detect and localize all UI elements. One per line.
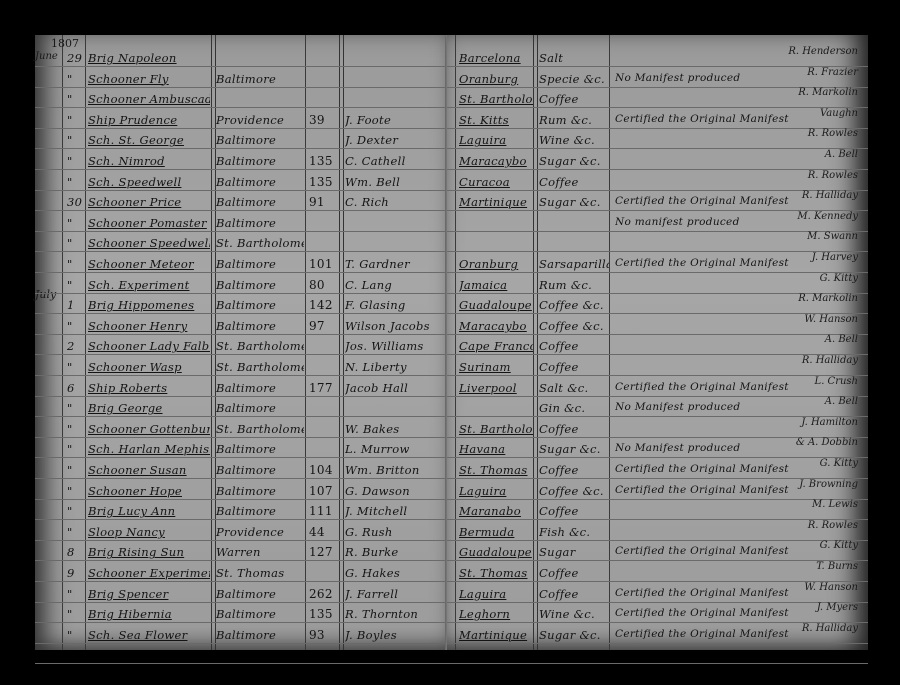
port-cell: Baltimore xyxy=(216,442,304,456)
from-port-cell: St. Bartholomew xyxy=(459,422,533,436)
from-port-cell: St. Thomas xyxy=(459,566,533,580)
master-cell: G. Dawson xyxy=(345,484,445,498)
port-cell: Providence xyxy=(216,525,304,539)
vessel-cell: Schooner Hope xyxy=(88,484,210,498)
remarks-cell: No Manifest produced xyxy=(615,442,795,454)
signature-cell: M. Swann xyxy=(807,231,858,242)
ledger-row: " Brig George Baltimore xyxy=(35,399,447,420)
master-cell: F. Glasing xyxy=(345,298,445,312)
cargo-cell: Sarsaparilla xyxy=(539,257,609,271)
signature-cell: A. Bell xyxy=(825,149,858,160)
master-cell: R. Burke xyxy=(345,545,445,559)
signature-cell: G. Kitty xyxy=(820,458,858,469)
master-cell: J. Farrell xyxy=(345,587,445,601)
master-cell: J. Boyles xyxy=(345,628,445,642)
vessel-cell: Sloop Nancy xyxy=(88,525,210,539)
tons-cell: 101 xyxy=(309,257,333,271)
ledger-row: " Sch. Nimrod Baltimore 135 C. Cathell xyxy=(35,152,447,173)
ledger-row: " Schooner Susan Baltimore 104 Wm. Britt… xyxy=(35,461,447,482)
from-port-cell: Laguira xyxy=(459,484,533,498)
cargo-cell: Wine &c. xyxy=(539,133,609,147)
day-cell: " xyxy=(67,587,73,601)
master-cell: N. Liberty xyxy=(345,360,445,374)
ledger-row: Laguira Coffee &c. Certified the Origina… xyxy=(447,482,868,503)
vessel-cell: Schooner Henry xyxy=(88,319,210,333)
tons-cell: 177 xyxy=(309,381,333,395)
ledger-row: M. Swann xyxy=(447,234,868,255)
signature-cell: R. Rowles xyxy=(808,520,858,531)
vessel-cell: Sch. Nimrod xyxy=(88,154,210,168)
from-port-cell: Oranburg xyxy=(459,257,533,271)
from-port-cell: Curacoa xyxy=(459,175,533,189)
day-cell: " xyxy=(67,92,73,106)
signature-cell: G. Kitty xyxy=(820,273,858,284)
ledger-row: 8 Brig Rising Sun Warren 127 R. Burke xyxy=(35,543,447,564)
ledger-row: " Schooner Gottenburg St. Bartholomew W.… xyxy=(35,420,447,441)
from-port-cell: St. Bartholomew xyxy=(459,92,533,106)
from-port-cell: Barcelona xyxy=(459,51,533,65)
ledger-row: 9 Schooner Experiment St. Thomas G. Hake… xyxy=(35,564,447,585)
signature-cell: R. Rowles xyxy=(808,128,858,139)
ledger-row: 30 Schooner Price Baltimore 91 C. Rich xyxy=(35,193,447,214)
cargo-cell: Sugar &c. xyxy=(539,154,609,168)
signature-cell: J. Hamilton xyxy=(801,417,858,428)
ledger-row: Barcelona Salt R. Henderson xyxy=(447,49,868,70)
port-cell: Baltimore xyxy=(216,278,304,292)
port-cell: Baltimore xyxy=(216,381,304,395)
from-port-cell: Laguira xyxy=(459,133,533,147)
day-cell: " xyxy=(67,442,73,456)
cargo-cell: Sugar &c. xyxy=(539,195,609,209)
from-port-cell: Martinique xyxy=(459,628,533,642)
vessel-cell: Schooner Wasp xyxy=(88,360,210,374)
cargo-cell: Sugar xyxy=(539,545,609,559)
signature-cell: R. Halliday xyxy=(802,355,858,366)
master-cell: C. Rich xyxy=(345,195,445,209)
from-port-cell: Maracaybo xyxy=(459,319,533,333)
vessel-cell: Brig Lucy Ann xyxy=(88,504,210,518)
from-port-cell: Cape Francois xyxy=(459,339,533,353)
cargo-cell: Coffee xyxy=(539,463,609,477)
ledger-row: " Schooner Ambuscade xyxy=(35,90,447,111)
ledger-row: " Schooner Hope Baltimore 107 G. Dawson xyxy=(35,482,447,503)
master-cell: Wm. Bell xyxy=(345,175,445,189)
remarks-cell: Certified the Original Manifest xyxy=(615,545,795,557)
tons-cell: 111 xyxy=(309,504,333,518)
tons-cell: 91 xyxy=(309,195,325,209)
master-cell: T. Gardner xyxy=(345,257,445,271)
day-cell: " xyxy=(67,607,73,621)
from-port-cell: Maranabo xyxy=(459,504,533,518)
remarks-cell: No Manifest produced xyxy=(615,401,795,413)
day-cell: " xyxy=(67,484,73,498)
port-cell: Baltimore xyxy=(216,257,304,271)
vessel-cell: Schooner Meteor xyxy=(88,257,210,271)
from-port-cell: Leghorn xyxy=(459,607,533,621)
port-cell: Baltimore xyxy=(216,298,304,312)
ledger-row: Surinam Coffee R. Halliday xyxy=(447,358,868,379)
port-cell: Baltimore xyxy=(216,133,304,147)
vessel-cell: Schooner Price xyxy=(88,195,210,209)
master-cell: C. Lang xyxy=(345,278,445,292)
ledger-row: 6 Ship Roberts Baltimore 177 Jacob Hall xyxy=(35,379,447,400)
tons-cell: 80 xyxy=(309,278,325,292)
tons-cell: 97 xyxy=(309,319,325,333)
ledger-row: 29 Brig Napoleon xyxy=(35,49,447,70)
day-cell: " xyxy=(67,401,73,415)
ledger-row: Maracaybo Sugar &c. A. Bell xyxy=(447,152,868,173)
day-cell: 1 xyxy=(67,298,75,312)
cargo-cell: Coffee xyxy=(539,587,609,601)
day-cell: " xyxy=(67,236,73,250)
port-cell: Baltimore xyxy=(216,504,304,518)
vessel-cell: Brig Hibernia xyxy=(88,607,210,621)
from-port-cell: Guadaloupe xyxy=(459,298,533,312)
port-cell: St. Bartholomew xyxy=(216,339,304,353)
from-port-cell: Guadaloupe xyxy=(459,545,533,559)
port-cell: Baltimore xyxy=(216,484,304,498)
ledger-row: " Sch. Speedwell Baltimore 135 Wm. Bell xyxy=(35,173,447,194)
port-cell: St. Thomas xyxy=(216,566,304,580)
day-cell: " xyxy=(67,504,73,518)
vessel-cell: Brig Hippomenes xyxy=(88,298,210,312)
cargo-cell: Salt xyxy=(539,51,609,65)
port-cell: Baltimore xyxy=(216,154,304,168)
signature-cell: & A. Dobbin xyxy=(796,437,858,448)
ledger-row: " Sloop Nancy Providence 44 G. Rush xyxy=(35,523,447,544)
day-cell: " xyxy=(67,463,73,477)
port-cell: Baltimore xyxy=(216,319,304,333)
ledger-row: Liverpool Salt &c. Certified the Origina… xyxy=(447,379,868,400)
vessel-cell: Ship Roberts xyxy=(88,381,210,395)
port-cell: St. Bartholomew xyxy=(216,360,304,374)
port-cell: Baltimore xyxy=(216,72,304,86)
port-cell: Baltimore xyxy=(216,607,304,621)
port-cell: Warren xyxy=(216,545,304,559)
vessel-cell: Sch. Speedwell xyxy=(88,175,210,189)
remarks-cell: Certified the Original Manifest xyxy=(615,607,795,619)
ledger-row: " Schooner Fly Baltimore xyxy=(35,70,447,91)
remarks-cell: Certified the Original Manifest xyxy=(615,628,795,640)
tons-cell: 135 xyxy=(309,175,333,189)
ledger-row: Laguira Coffee Certified the Original Ma… xyxy=(447,585,868,606)
port-cell: Baltimore xyxy=(216,216,304,230)
master-cell: Wm. Britton xyxy=(345,463,445,477)
tons-cell: 135 xyxy=(309,607,333,621)
ledger-row: Martinique Sugar &c. Certified the Origi… xyxy=(447,626,868,647)
ledger-row: " Ship Prudence Providence 39 J. Foote xyxy=(35,111,447,132)
remarks-cell: No manifest produced xyxy=(615,216,795,228)
signature-cell: G. Kitty xyxy=(820,540,858,551)
day-cell: " xyxy=(67,360,73,374)
from-port-cell: St. Thomas xyxy=(459,463,533,477)
signature-cell: R. Rowles xyxy=(808,170,858,181)
master-cell: G. Rush xyxy=(345,525,445,539)
cargo-cell: Sugar &c. xyxy=(539,442,609,456)
master-cell: Wilson Jacobs xyxy=(345,319,445,333)
cargo-cell: Coffee &c. xyxy=(539,484,609,498)
vessel-cell: Schooner Ambuscade xyxy=(88,92,210,106)
signature-cell: W. Hanson xyxy=(804,314,858,325)
port-cell: St. Bartholomew xyxy=(216,422,304,436)
port-cell: Baltimore xyxy=(216,463,304,477)
from-port-cell: Laguira xyxy=(459,587,533,601)
ledger-row: Laguira Wine &c. R. Rowles xyxy=(447,131,868,152)
vessel-cell: Schooner Lady Falberg xyxy=(88,339,210,353)
vessel-cell: Schooner Pomaster xyxy=(88,216,210,230)
day-cell: 30 xyxy=(67,195,82,209)
vessel-cell: Brig George xyxy=(88,401,210,415)
day-cell: " xyxy=(67,72,73,86)
cargo-cell: Fish &c. xyxy=(539,525,609,539)
tons-cell: 104 xyxy=(309,463,333,477)
ledger-row: " Brig Spencer Baltimore 262 J. Farrell xyxy=(35,585,447,606)
vessel-cell: Sch. Sea Flower xyxy=(88,628,210,642)
vessel-cell: Sch. Harlan Mephisk xyxy=(88,442,210,456)
day-cell: 8 xyxy=(67,545,75,559)
cargo-cell: Coffee xyxy=(539,175,609,189)
remarks-cell: Certified the Original Manifest xyxy=(615,257,795,269)
from-port-cell: Liverpool xyxy=(459,381,533,395)
cargo-cell: Coffee xyxy=(539,422,609,436)
ledger-row: St. Kitts Rum &c. Certified the Original… xyxy=(447,111,868,132)
signature-cell: R. Markolin xyxy=(798,293,858,304)
cargo-cell: Rum &c. xyxy=(539,113,609,127)
ledger-row: " Brig Hibernia Baltimore 135 R. Thornto… xyxy=(35,605,447,626)
signature-cell: R. Halliday xyxy=(802,623,858,634)
day-cell: " xyxy=(67,525,73,539)
ledger-row: Bermuda Fish &c. R. Rowles xyxy=(447,523,868,544)
day-cell: " xyxy=(67,257,73,271)
master-cell: G. Hakes xyxy=(345,566,445,580)
row-rule xyxy=(447,663,868,664)
from-port-cell: Oranburg xyxy=(459,72,533,86)
cargo-cell: Coffee xyxy=(539,92,609,106)
master-cell: Jacob Hall xyxy=(345,381,445,395)
ledger-row: St. Bartholomew Coffee R. Markolin xyxy=(447,90,868,111)
vessel-cell: Brig Spencer xyxy=(88,587,210,601)
cargo-cell: Specie &c. xyxy=(539,72,609,86)
cargo-cell: Coffee xyxy=(539,566,609,580)
cargo-cell: Coffee xyxy=(539,360,609,374)
day-cell: " xyxy=(67,216,73,230)
ledger-row: No manifest produced M. Kennedy xyxy=(447,214,868,235)
master-cell: R. Thornton xyxy=(345,607,445,621)
ledger-row: " Schooner Wasp St. Bartholomew N. Liber… xyxy=(35,358,447,379)
ledger-row: " Schooner Henry Baltimore 97 Wilson Jac… xyxy=(35,317,447,338)
signature-cell: R. Markolin xyxy=(798,87,858,98)
remarks-cell: Certified the Original Manifest xyxy=(615,113,795,125)
signature-cell: M. Kennedy xyxy=(797,211,858,222)
ledger-row: " Sch. St. George Baltimore J. Dexter xyxy=(35,131,447,152)
port-cell: St. Bartholomew xyxy=(216,236,304,250)
cargo-cell: Salt &c. xyxy=(539,381,609,395)
day-cell: " xyxy=(67,133,73,147)
ledger-row: " Brig Lucy Ann Baltimore 111 J. Mitchel… xyxy=(35,502,447,523)
day-cell: " xyxy=(67,175,73,189)
ledger-row: 2 Schooner Lady Falberg St. Bartholomew … xyxy=(35,337,447,358)
signature-cell: Vaughn xyxy=(820,108,858,119)
master-cell: C. Cathell xyxy=(345,154,445,168)
ledger-row: Guadaloupe Sugar Certified the Original … xyxy=(447,543,868,564)
vessel-cell: Schooner Speedwell xyxy=(88,236,210,250)
vessel-cell: Schooner Susan xyxy=(88,463,210,477)
from-port-cell: Bermuda xyxy=(459,525,533,539)
master-cell: W. Bakes xyxy=(345,422,445,436)
signature-cell: A. Bell xyxy=(825,396,858,407)
from-port-cell: Martinique xyxy=(459,195,533,209)
from-port-cell: Surinam xyxy=(459,360,533,374)
signature-cell: A. Bell xyxy=(825,334,858,345)
signature-cell: R. Henderson xyxy=(788,46,858,57)
tons-cell: 107 xyxy=(309,484,333,498)
remarks-cell: Certified the Original Manifest xyxy=(615,587,795,599)
signature-cell: T. Burns xyxy=(816,561,858,572)
signature-cell: L. Crush xyxy=(815,376,858,387)
ledger-row: " Schooner Speedwell St. Bartholomew xyxy=(35,234,447,255)
vessel-cell: Schooner Gottenburg xyxy=(88,422,210,436)
ledger-left-page: 1807 June July 29 Brig Napoleon " Schoon… xyxy=(35,35,447,650)
signature-cell: R. Frazier xyxy=(807,67,858,78)
tons-cell: 262 xyxy=(309,587,333,601)
ledger-row: " Sch. Experiment Baltimore 80 C. Lang xyxy=(35,276,447,297)
cargo-cell: Coffee &c. xyxy=(539,319,609,333)
ledger-row: " Sch. Harlan Mephisk Baltimore L. Murro… xyxy=(35,440,447,461)
vessel-cell: Sch. Experiment xyxy=(88,278,210,292)
day-cell: 6 xyxy=(67,381,75,395)
cargo-cell: Wine &c. xyxy=(539,607,609,621)
ledger-row: Oranburg Sarsaparilla Certified the Orig… xyxy=(447,255,868,276)
from-port-cell: Maracaybo xyxy=(459,154,533,168)
day-cell: " xyxy=(67,628,73,642)
vessel-cell: Brig Rising Sun xyxy=(88,545,210,559)
day-cell: 2 xyxy=(67,339,75,353)
ledger-row: " Sch. Sea Flower Baltimore 93 J. Boyles xyxy=(35,626,447,647)
port-cell: Providence xyxy=(216,113,304,127)
day-cell: 9 xyxy=(67,566,75,580)
port-cell: Baltimore xyxy=(216,195,304,209)
day-cell: 29 xyxy=(67,51,82,65)
remarks-cell: Certified the Original Manifest xyxy=(615,381,795,393)
vessel-cell: Schooner Fly xyxy=(88,72,210,86)
tons-cell: 93 xyxy=(309,628,325,642)
remarks-cell: No Manifest produced xyxy=(615,72,795,84)
from-port-cell: Jamaica xyxy=(459,278,533,292)
master-cell: L. Murrow xyxy=(345,442,445,456)
cargo-cell: Coffee xyxy=(539,504,609,518)
from-port-cell: St. Kitts xyxy=(459,113,533,127)
master-cell: J. Dexter xyxy=(345,133,445,147)
cargo-cell: Coffee &c. xyxy=(539,298,609,312)
remarks-cell: Certified the Original Manifest xyxy=(615,463,795,475)
ledger-row: " Schooner Meteor Baltimore 101 T. Gardn… xyxy=(35,255,447,276)
cargo-cell: Gin &c. xyxy=(539,401,609,415)
vessel-cell: Schooner Experiment xyxy=(88,566,210,580)
signature-cell: J. Myers xyxy=(817,602,858,613)
from-port-cell: Havana xyxy=(459,442,533,456)
vessel-cell: Sch. St. George xyxy=(88,133,210,147)
ledger-row: 1 Brig Hippomenes Baltimore 142 F. Glasi… xyxy=(35,296,447,317)
vessel-cell: Brig Napoleon xyxy=(88,51,210,65)
cargo-cell: Coffee xyxy=(539,339,609,353)
signature-cell: M. Lewis xyxy=(812,499,858,510)
signature-cell: J. Browning xyxy=(799,479,858,490)
signature-cell: J. Harvey xyxy=(812,252,858,263)
cargo-cell: Sugar &c. xyxy=(539,628,609,642)
ledger-row: Havana Sugar &c. No Manifest produced & … xyxy=(447,440,868,461)
ledger-row: Maranabo Coffee M. Lewis xyxy=(447,502,868,523)
port-cell: Baltimore xyxy=(216,401,304,415)
master-cell: Jos. Williams xyxy=(345,339,445,353)
master-cell: J. Foote xyxy=(345,113,445,127)
port-cell: Baltimore xyxy=(216,175,304,189)
tons-cell: 135 xyxy=(309,154,333,168)
tons-cell: 127 xyxy=(309,545,333,559)
tons-cell: 44 xyxy=(309,525,325,539)
remarks-cell: Certified the Original Manifest xyxy=(615,484,795,496)
ledger-row: Maracaybo Coffee &c. W. Hanson xyxy=(447,317,868,338)
ledger-row: " Schooner Pomaster Baltimore xyxy=(35,214,447,235)
port-cell: Baltimore xyxy=(216,587,304,601)
remarks-cell: Certified the Original Manifest xyxy=(615,195,795,207)
tons-cell: 142 xyxy=(309,298,333,312)
master-cell: J. Mitchell xyxy=(345,504,445,518)
signature-cell: W. Hanson xyxy=(804,582,858,593)
day-cell: " xyxy=(67,113,73,127)
day-cell: " xyxy=(67,154,73,168)
day-cell: " xyxy=(67,319,73,333)
tons-cell: 39 xyxy=(309,113,325,127)
row-rule xyxy=(35,663,447,664)
port-cell: Baltimore xyxy=(216,628,304,642)
day-cell: " xyxy=(67,278,73,292)
cargo-cell: Rum &c. xyxy=(539,278,609,292)
ledger-right-page: Barcelona Salt R. Henderson Oranburg Spe… xyxy=(447,35,868,650)
vessel-cell: Ship Prudence xyxy=(88,113,210,127)
signature-cell: R. Halliday xyxy=(802,190,858,201)
day-cell: " xyxy=(67,422,73,436)
